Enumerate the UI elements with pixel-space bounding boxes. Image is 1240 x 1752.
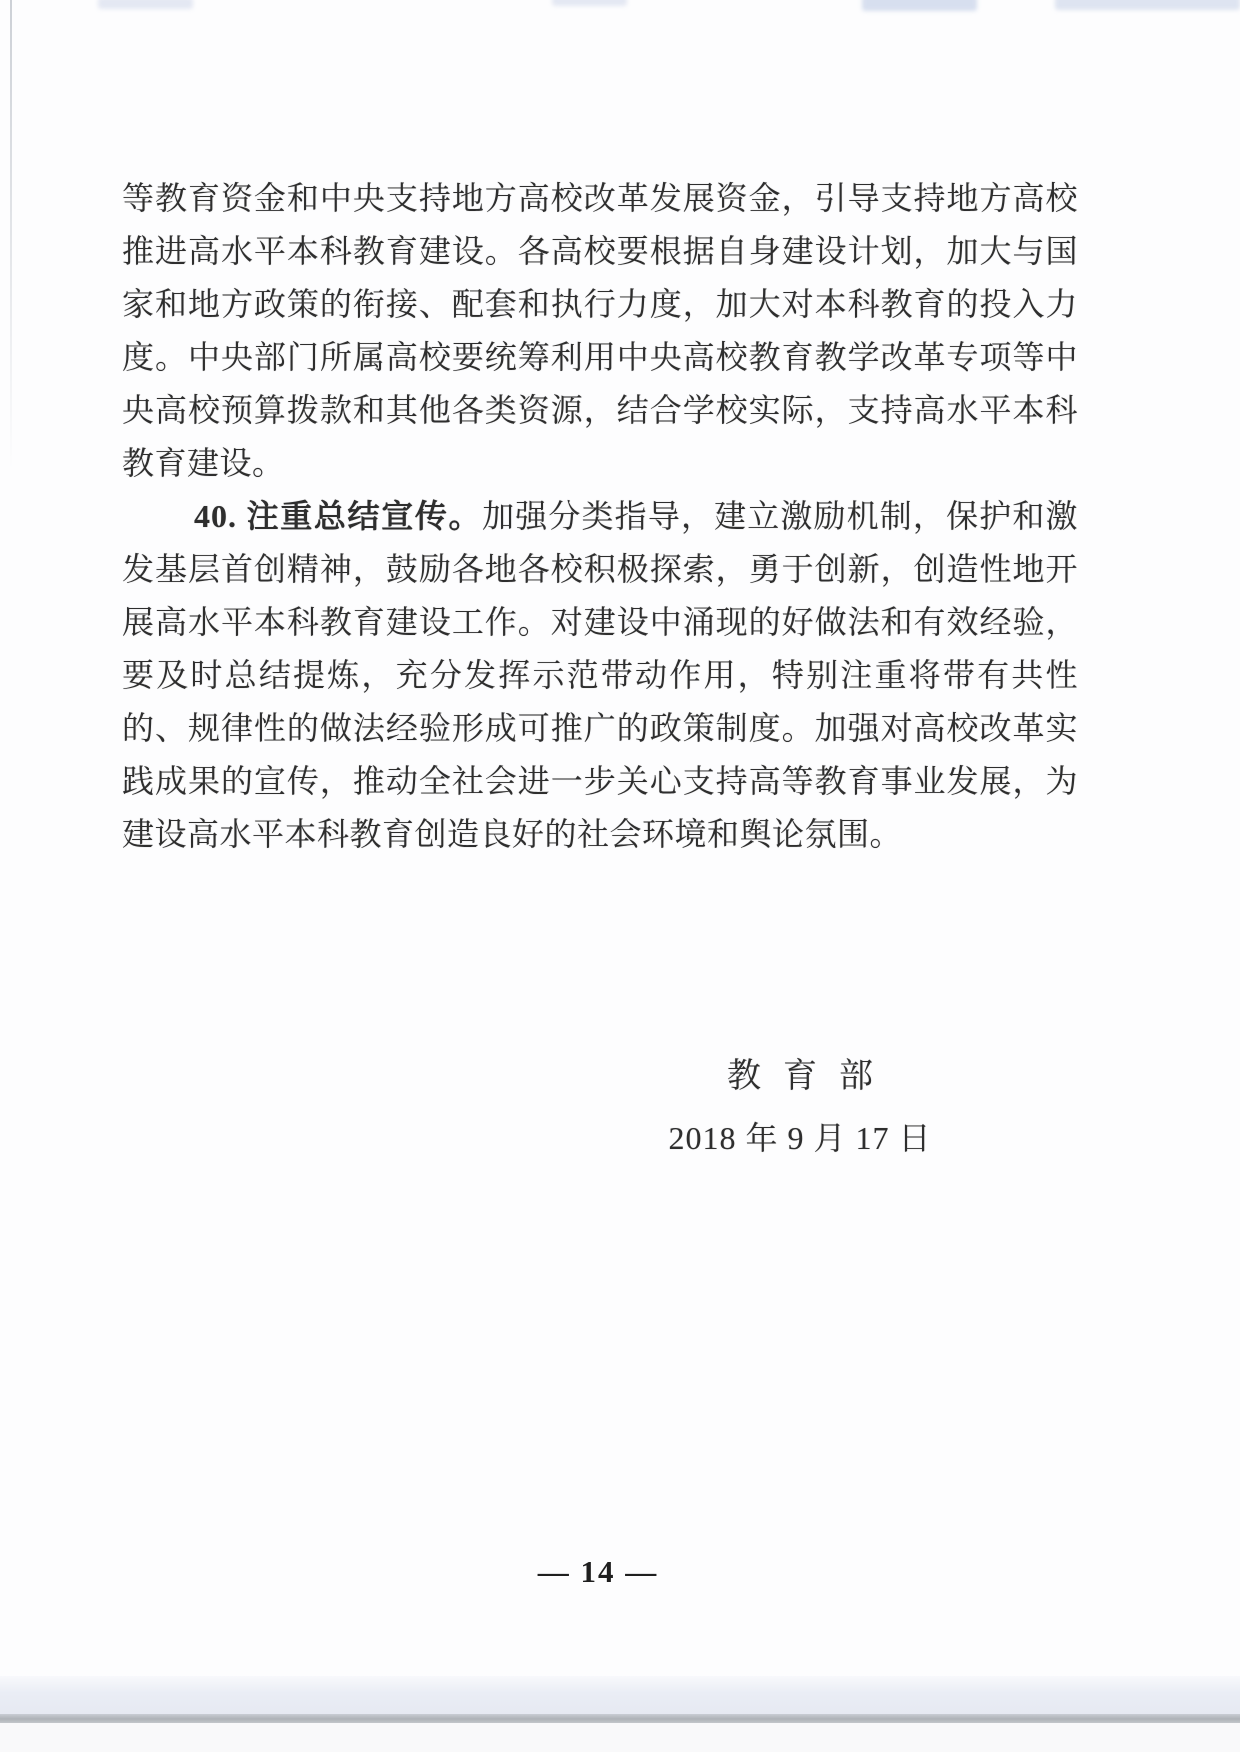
paragraph-continuation-text: 等教育资金和中央支持地方高校改革发展资金，引导支持地方高校推进高水平本科教育建设…: [122, 180, 1078, 481]
signature-block: 教育部 2018 年 9 月 17 日: [595, 1060, 1005, 1154]
scan-bottom-band: [0, 1676, 1240, 1714]
paragraph-40: 40. 注重总结宣传。加强分类指导，建立激励机制，保护和激发基层首创精神，鼓励各…: [122, 490, 1078, 861]
scan-ghost-mark: [98, 0, 193, 9]
paragraph-40-body: 加强分类指导，建立激励机制，保护和激发基层首创精神，鼓励各地各校积极探索，勇于创…: [122, 498, 1078, 852]
document-page: 等教育资金和中央支持地方高校改革发展资金，引导支持地方高校推进高水平本科教育建设…: [0, 0, 1240, 1752]
signer-name: 教育部: [595, 1060, 1005, 1094]
page-footer: — 14 —: [478, 1556, 718, 1587]
page-content: 等教育资金和中央支持地方高校改革发展资金，引导支持地方高校推进高水平本科教育建设…: [122, 172, 1078, 861]
scan-bottom-margin: [0, 1723, 1240, 1752]
scan-ghost-mark: [862, 0, 977, 11]
scan-ghost-mark: [552, 0, 627, 6]
paragraph-continuation: 等教育资金和中央支持地方高校改革发展资金，引导支持地方高校推进高水平本科教育建设…: [122, 172, 1078, 490]
scan-ghost-mark: [1055, 0, 1240, 10]
paragraph-40-heading: 40. 注重总结宣传。: [194, 498, 482, 534]
scan-edge-line: [10, 0, 12, 470]
scan-bottom-edge-shadow: [0, 1714, 1240, 1723]
page-number: — 14 —: [538, 1554, 659, 1589]
signature-date: 2018 年 9 月 17 日: [595, 1122, 1005, 1154]
